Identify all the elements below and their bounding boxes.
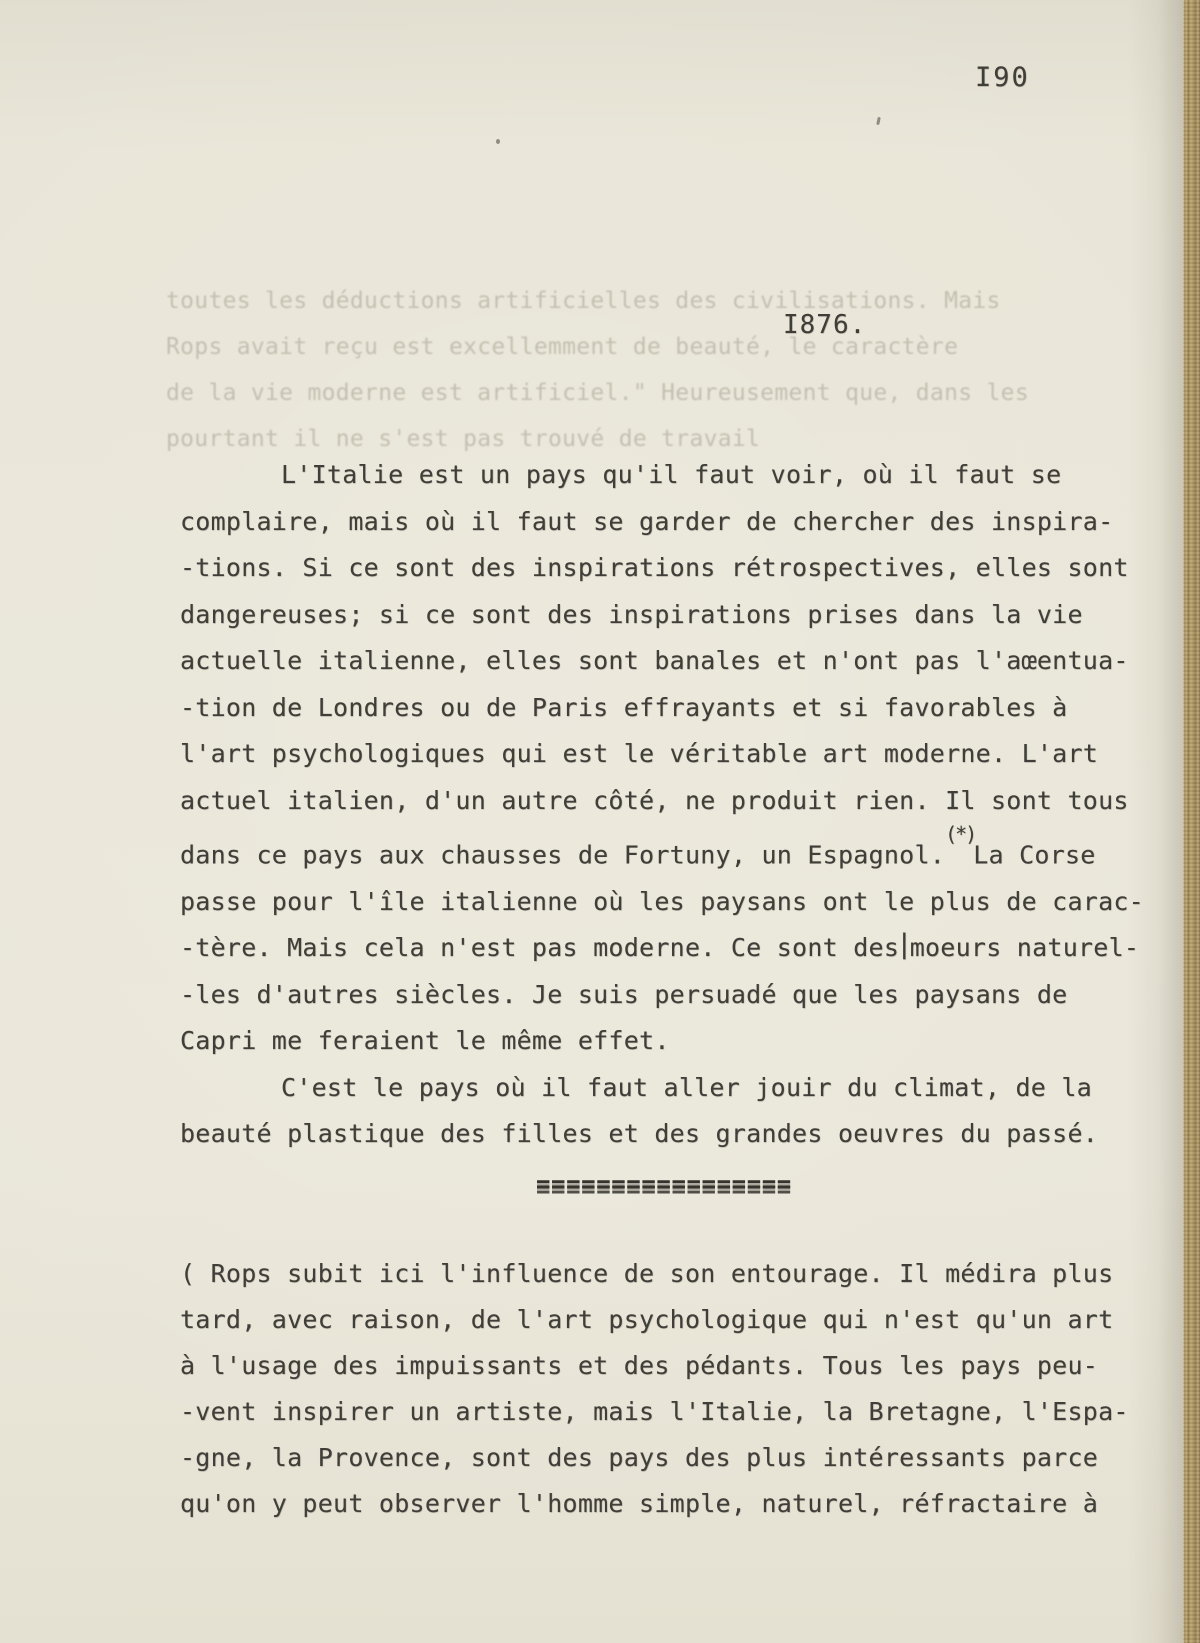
manuscript-page: toutes les déductions artificielles des … xyxy=(0,0,1200,1643)
text-run: moeurs naturel- xyxy=(910,933,1140,962)
text-line: L'Italie est un pays qu'il faut voir, où… xyxy=(180,452,1160,499)
text-line: C'est le pays où il faut aller jouir du … xyxy=(180,1065,1160,1112)
bleed-through-text: toutes les déductions artificielles des … xyxy=(166,278,1166,462)
text-run: qu'on y peut observer l'homme simple, na… xyxy=(180,1489,1098,1518)
text-line: dangereuses; si ce sont des inspirations… xyxy=(180,592,1160,639)
text-line: beauté plastique des filles et des grand… xyxy=(180,1111,1160,1158)
text-line: -les d'autres siècles. Je suis persuadé … xyxy=(180,972,1160,1019)
main-paragraphs: L'Italie est un pays qu'il faut voir, où… xyxy=(180,452,1160,1158)
text-line: -vent inspirer un artiste, mais l'Italie… xyxy=(180,1389,1180,1435)
text-run: ( Rops subit ici l'influence de son ento… xyxy=(180,1259,1113,1288)
paper-speck xyxy=(496,139,500,144)
insertion-mark: | xyxy=(896,922,913,969)
text-run: Capri me feraient le même effet. xyxy=(180,1026,670,1055)
text-run: dangereuses; si ce sont des inspirations… xyxy=(180,600,1083,629)
text-line: -tion de Londres ou de Paris effrayants … xyxy=(180,685,1160,732)
text-line: à l'usage des impuissants et des pédants… xyxy=(180,1343,1180,1389)
text-run: L'Italie est un pays qu'il faut voir, où… xyxy=(281,460,1061,489)
book-page-stack-edge xyxy=(1183,0,1200,1643)
text-run: -tère. Mais cela n'est pas moderne. Ce s… xyxy=(180,933,899,962)
text-run: l'art psychologiques qui est le véritabl… xyxy=(180,739,1098,768)
heading-date: I876. xyxy=(783,310,866,340)
text-run: beauté plastique des filles et des grand… xyxy=(180,1119,1098,1148)
text-run: C'est le pays où il faut aller jouir du … xyxy=(281,1073,1092,1102)
text-run: actuelle italienne, elles sont banales e… xyxy=(180,646,1129,675)
editor-note-paragraph: ( Rops subit ici l'influence de son ento… xyxy=(180,1251,1180,1527)
text-run: dans ce pays aux chausses de Fortuny, un… xyxy=(180,840,945,869)
text-run: complaire, mais où il faut se garder de … xyxy=(180,507,1113,536)
text-line: passe pour l'île italienne où les paysan… xyxy=(180,879,1160,926)
text-run: actuel italien, d'un autre côté, ne prod… xyxy=(180,786,1129,815)
text-line: -gne, la Provence, sont des pays des plu… xyxy=(180,1435,1180,1481)
text-line: tard, avec raison, de l'art psychologiqu… xyxy=(180,1297,1180,1343)
text-line: -tère. Mais cela n'est pas moderne. Ce s… xyxy=(180,925,1160,972)
text-line: Rops avait reçu est excellemment de beau… xyxy=(166,324,1166,370)
text-run: tard, avec raison, de l'art psychologiqu… xyxy=(180,1305,1113,1334)
text-run: -gne, la Provence, sont des pays des plu… xyxy=(180,1443,1098,1472)
footnote-marker: (*) xyxy=(945,811,975,858)
text-line: -tions. Si ce sont des inspirations rétr… xyxy=(180,545,1160,592)
text-run: La Corse xyxy=(973,840,1095,869)
text-line: toutes les déductions artificielles des … xyxy=(166,278,1166,324)
text-run: -tions. Si ce sont des inspirations rétr… xyxy=(180,553,1129,582)
text-line: actuelle italienne, elles sont banales e… xyxy=(180,638,1160,685)
text-line: ( Rops subit ici l'influence de son ento… xyxy=(180,1251,1180,1297)
text-run: -vent inspirer un artiste, mais l'Italie… xyxy=(180,1397,1129,1426)
text-run: passe pour l'île italienne où les paysan… xyxy=(180,887,1144,916)
page-number: I90 xyxy=(975,62,1030,93)
text-line: Capri me feraient le même effet. xyxy=(180,1018,1160,1065)
text-line: actuel italien, d'un autre côté, ne prod… xyxy=(180,778,1160,825)
page-curve-shadow xyxy=(1128,0,1183,1643)
text-line: qu'on y peut observer l'homme simple, na… xyxy=(180,1481,1180,1527)
paper-speck xyxy=(876,117,881,125)
text-run: à l'usage des impuissants et des pédants… xyxy=(180,1351,1098,1380)
text-line: complaire, mais où il faut se garder de … xyxy=(180,499,1160,546)
text-line: de la vie moderne est artificiel." Heure… xyxy=(166,370,1166,416)
text-line: l'art psychologiques qui est le véritabl… xyxy=(180,731,1160,778)
section-separator: ================= xyxy=(536,1170,792,1198)
text-line: dans ce pays aux chausses de Fortuny, un… xyxy=(180,824,1160,879)
text-run: -tion de Londres ou de Paris effrayants … xyxy=(180,693,1067,722)
text-run: -les d'autres siècles. Je suis persuadé … xyxy=(180,980,1067,1009)
